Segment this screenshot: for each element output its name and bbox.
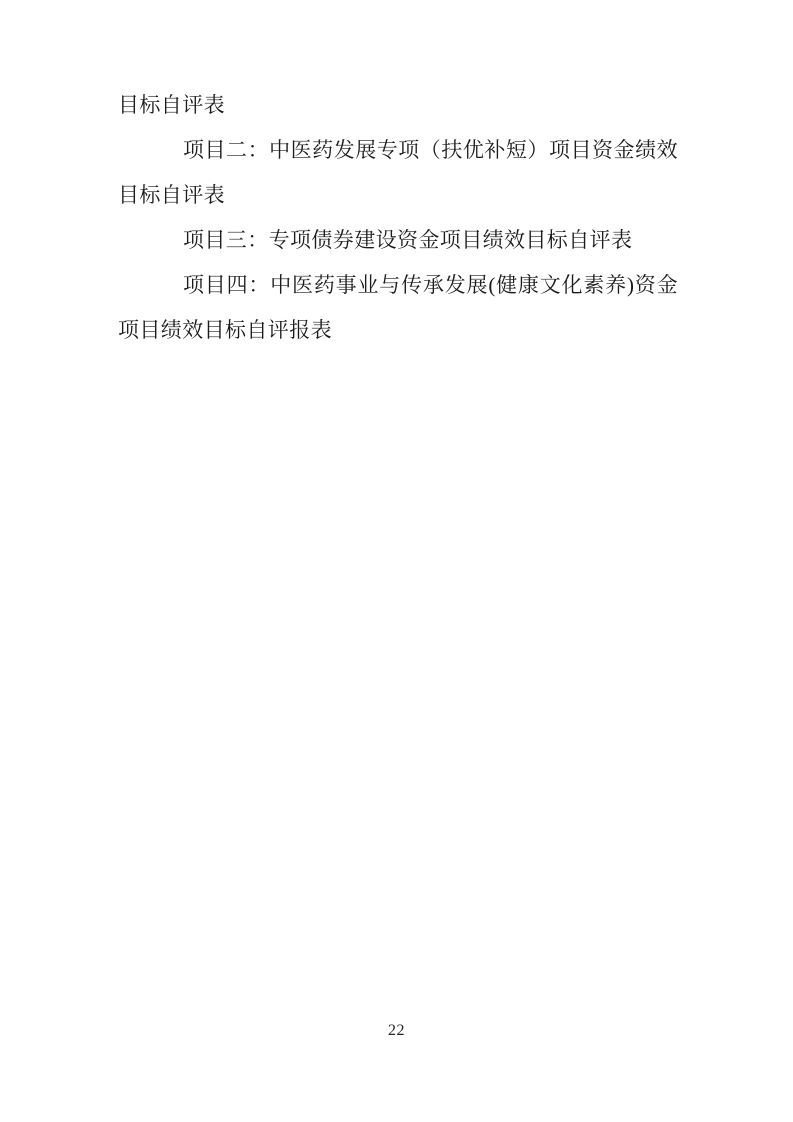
text-line-continuation-1: 目标自评表	[118, 83, 678, 128]
text-line-project-2: 项目二：中医药发展专项（扶优补短）项目资金绩效	[118, 128, 678, 173]
document-body: 目标自评表 项目二：中医药发展专项（扶优补短）项目资金绩效 目标自评表 项目三：…	[118, 83, 678, 353]
text-line-continuation-2: 目标自评表	[118, 173, 678, 218]
document-page: 目标自评表 项目二：中医药发展专项（扶优补短）项目资金绩效 目标自评表 项目三：…	[0, 0, 793, 1122]
text-line-project-3: 项目三：专项债券建设资金项目绩效目标自评表	[118, 218, 678, 263]
text-line-project-4: 项目四：中医药事业与传承发展(健康文化素养)资金	[118, 263, 678, 308]
page-number: 22	[0, 1022, 793, 1040]
text-line-continuation-3: 项目绩效目标自评报表	[118, 308, 678, 353]
